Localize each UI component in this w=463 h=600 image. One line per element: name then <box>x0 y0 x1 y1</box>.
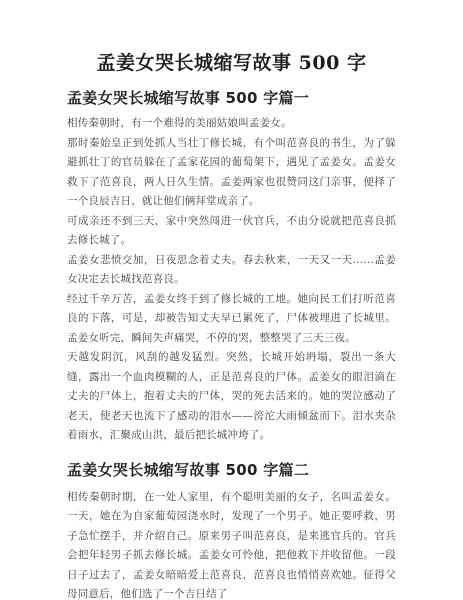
paragraph: 那时秦始皇正到处抓人当壮丁修长城，有个叫范喜良的书生，为了躲避抓壮丁的官员躲在了… <box>67 134 396 212</box>
paragraph: 可成亲还不到三天，家中突然闯进一伙官兵，不由分说就把范喜良抓去修长城了。 <box>67 212 396 251</box>
paragraph: 经过千辛万苦，孟姜女终于到了修长城的工地。她向民工们打听范喜良的下落，可是，却被… <box>67 290 396 349</box>
paragraph: 孟姜女悲愤交加，日夜思念着丈夫。春去秋来，一天又一天……孟姜女决定去长城找范喜良… <box>67 251 396 290</box>
paragraph: 相传秦朝时，有一个难得的美丽姑娘叫孟姜女。 <box>67 114 396 134</box>
section-heading-1: 孟姜女哭长城缩写故事 500 字篇一 <box>67 77 396 114</box>
section-heading-2: 孟姜女哭长城缩写故事 500 字篇二 <box>67 446 396 488</box>
document-page: 孟姜女哭长城缩写故事 500 字 孟姜女哭长城缩写故事 500 字篇一 相传秦朝… <box>0 0 463 600</box>
paragraph: 天越发阴沉，风刮的越发猛烈。突然，长城开始坍塌，裂出一条大缝，露出一个血肉模糊的… <box>67 348 396 446</box>
document-title: 孟姜女哭长城缩写故事 500 字 <box>0 0 463 77</box>
paragraph: 相传秦朝时期，在一处人家里，有个聪明美丽的女子，名叫孟姜女。一天，她在为自家葡萄… <box>67 488 396 600</box>
document-content: 孟姜女哭长城缩写故事 500 字篇一 相传秦朝时，有一个难得的美丽姑娘叫孟姜女。… <box>0 77 463 600</box>
